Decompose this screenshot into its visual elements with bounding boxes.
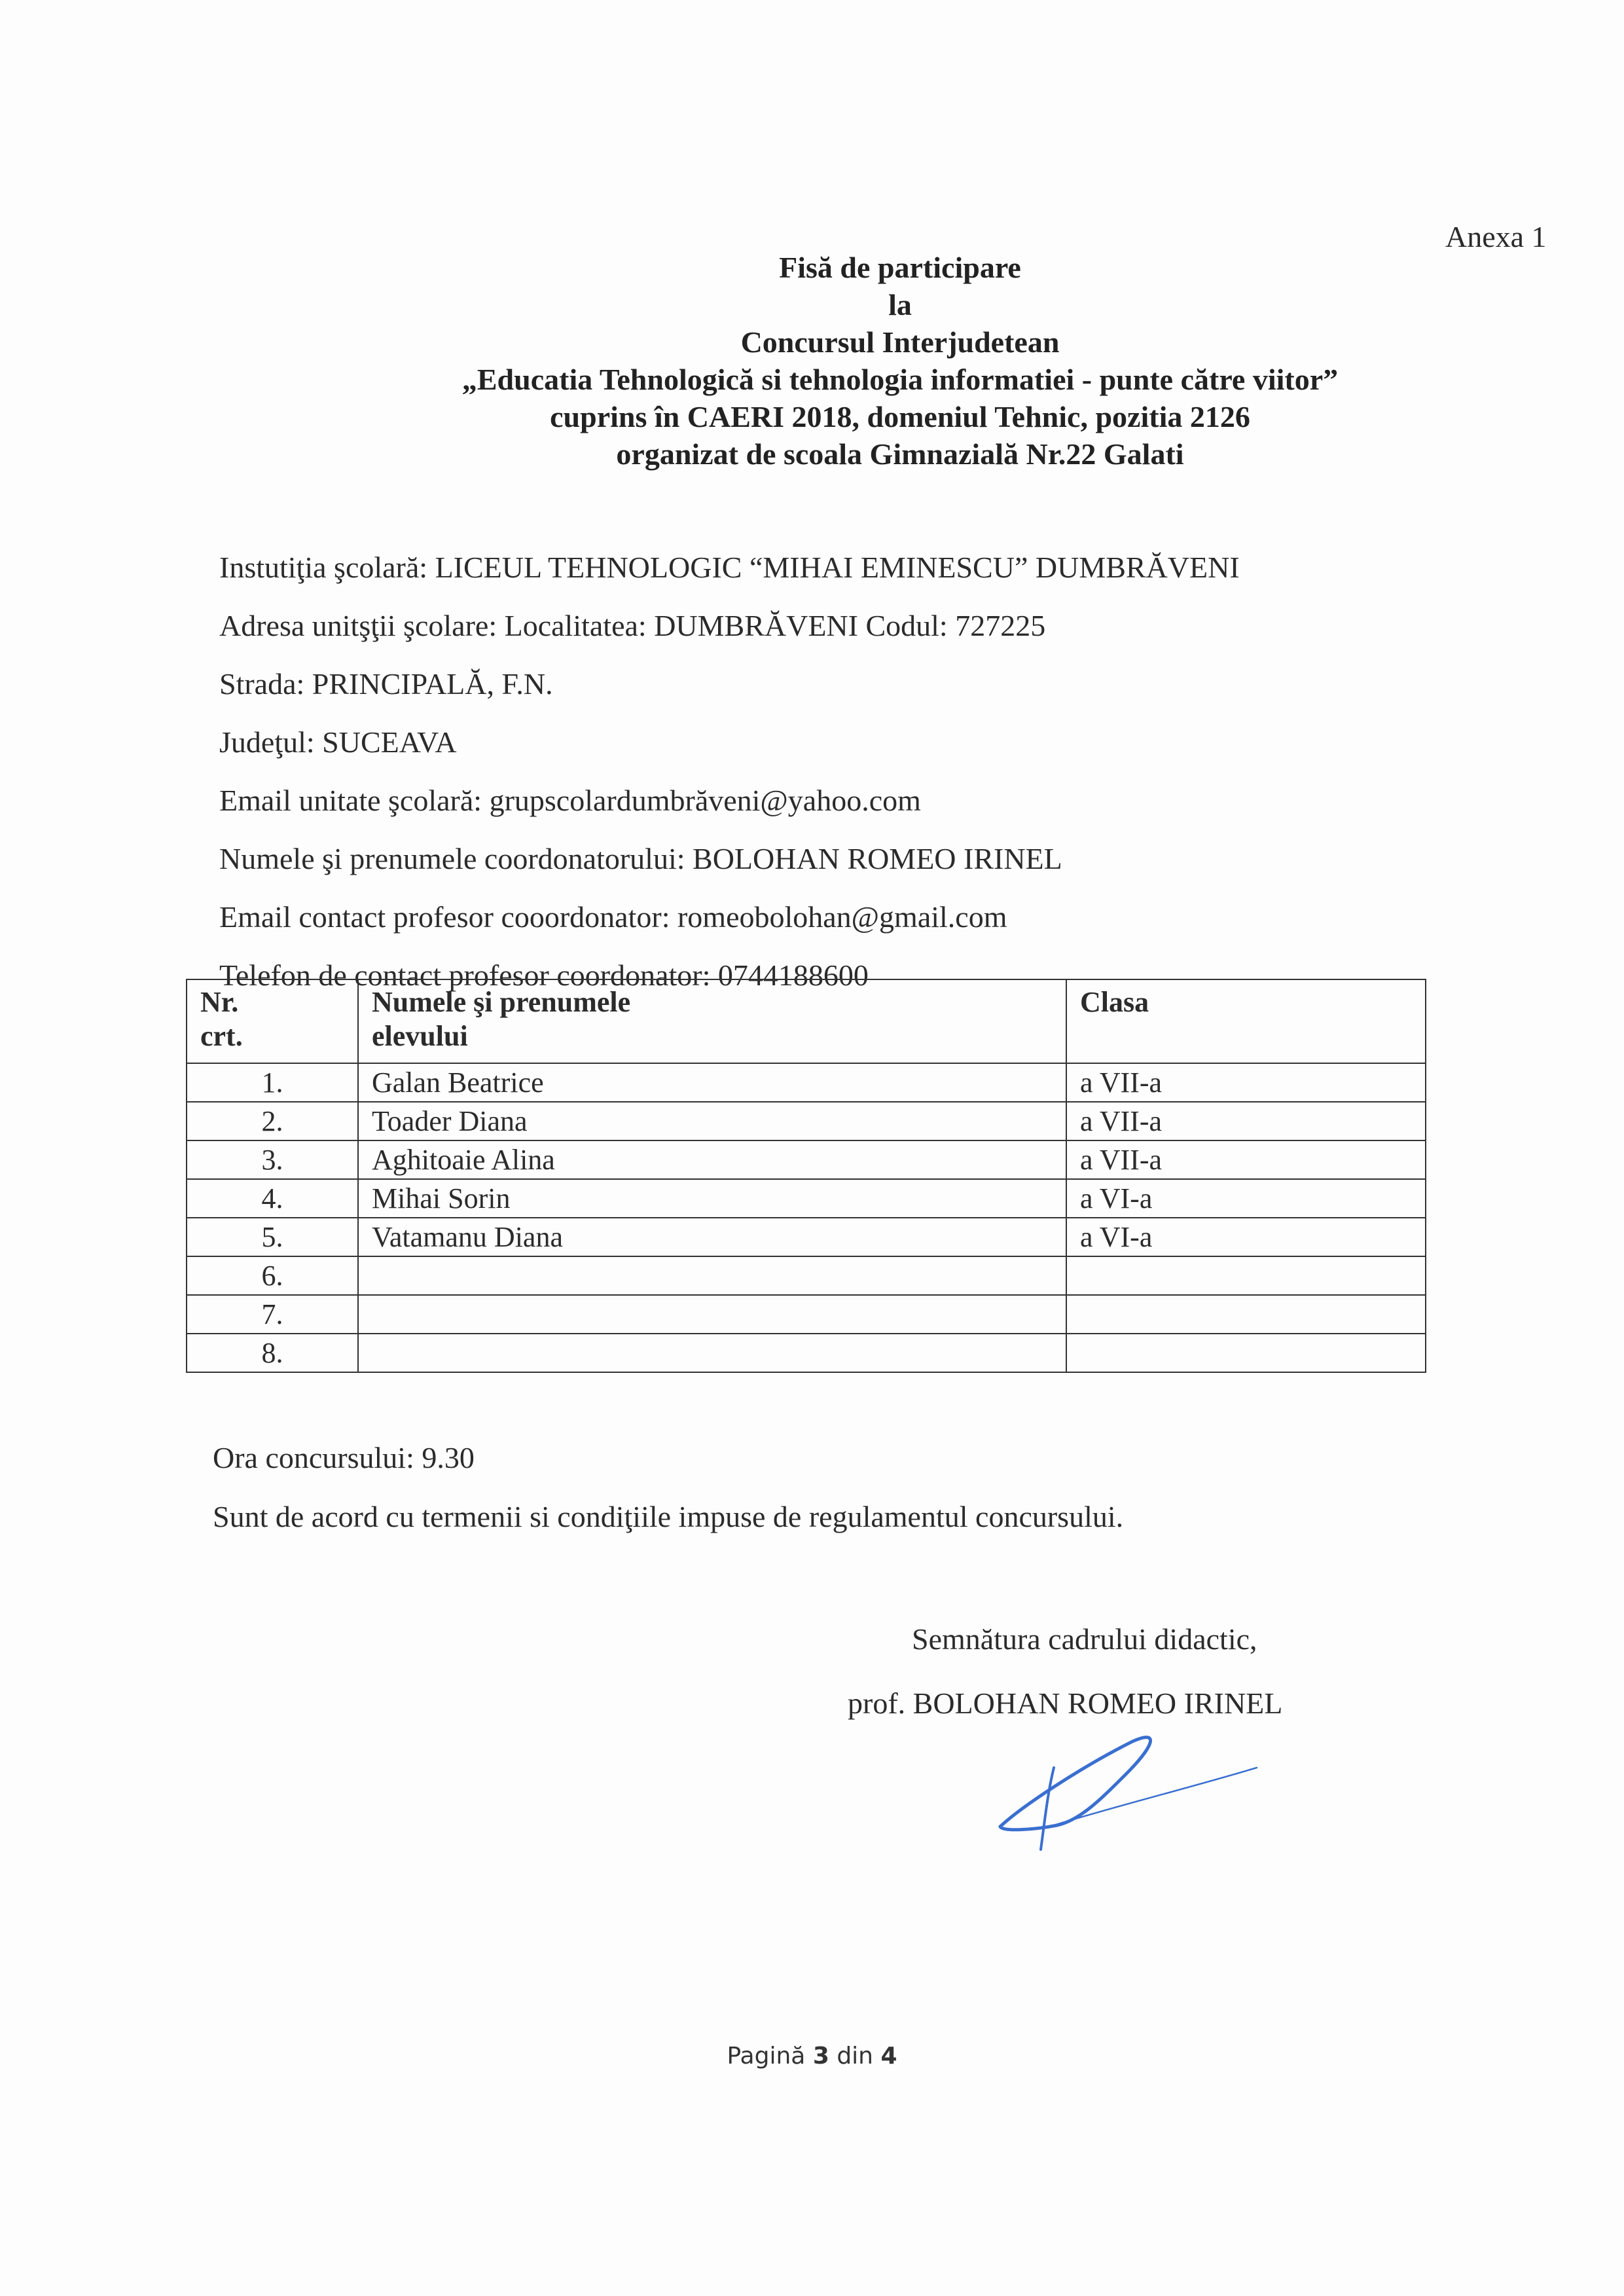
page-word: Pagină — [727, 2043, 805, 2069]
agreement-statement: Sunt de acord cu termenii si condiţiile … — [213, 1499, 1123, 1534]
coordinator-email-field: Email contact profesor cooordonator: rom… — [219, 888, 1240, 946]
student-name — [358, 1295, 1066, 1334]
annex-label: Anexa 1 — [1445, 219, 1547, 254]
student-name — [358, 1256, 1066, 1295]
row-number: 6. — [187, 1256, 358, 1295]
header-name-line2: elevului — [372, 1019, 1053, 1053]
title-line-4: „Educatia Tehnologică si tehnologia info… — [393, 361, 1407, 398]
table-row: 2.Toader Dianaa VII-a — [187, 1102, 1426, 1140]
row-number: 3. — [187, 1140, 358, 1179]
total-pages: 4 — [880, 2043, 897, 2069]
row-number: 8. — [187, 1334, 358, 1372]
header-nr-line1: Nr. — [200, 985, 344, 1019]
title-line-2: la — [393, 286, 1407, 323]
header-clasa: Clasa — [1066, 979, 1426, 1063]
student-class: a VI-a — [1066, 1218, 1426, 1256]
table-row: 3.Aghitoaie Alinaa VII-a — [187, 1140, 1426, 1179]
students-table: Nr. crt. Numele şi prenumele elevului Cl… — [186, 979, 1426, 1373]
header-nr-line2: crt. — [200, 1019, 344, 1053]
table-row: 8. — [187, 1334, 1426, 1372]
table-row: 6. — [187, 1256, 1426, 1295]
title-line-3: Concursul Interjudetean — [393, 323, 1407, 361]
header-nr: Nr. crt. — [187, 979, 358, 1063]
table-row: 5.Vatamanu Dianaa VI-a — [187, 1218, 1426, 1256]
document-title: Fisă de participare la Concursul Interju… — [393, 249, 1407, 473]
contest-time: Ora concursului: 9.30 — [213, 1440, 475, 1475]
of-word: din — [837, 2043, 873, 2069]
student-class: a VII-a — [1066, 1140, 1426, 1179]
student-name — [358, 1334, 1066, 1372]
student-name: Galan Beatrice — [358, 1063, 1066, 1102]
address-field: Adresa unitşţii şcolare: Localitatea: DU… — [219, 596, 1240, 655]
student-name: Aghitoaie Alina — [358, 1140, 1066, 1179]
student-class: a VII-a — [1066, 1063, 1426, 1102]
table-row: 1.Galan Beatricea VII-a — [187, 1063, 1426, 1102]
student-name: Toader Diana — [358, 1102, 1066, 1140]
institution-field: Instutiţia şcolară: LICEUL TEHNOLOGIC “M… — [219, 538, 1240, 596]
signatory-name: prof. BOLOHAN ROMEO IRINEL — [848, 1686, 1282, 1721]
street-field: Strada: PRINCIPALĂ, F.N. — [219, 655, 1240, 713]
title-line-1: Fisă de participare — [393, 249, 1407, 286]
table-row: 7. — [187, 1295, 1426, 1334]
school-info: Instutiţia şcolară: LICEUL TEHNOLOGIC “M… — [219, 538, 1240, 1004]
table-header-row: Nr. crt. Numele şi prenumele elevului Cl… — [187, 979, 1426, 1063]
student-class — [1066, 1334, 1426, 1372]
header-name: Numele şi prenumele elevului — [358, 979, 1066, 1063]
student-class: a VI-a — [1066, 1179, 1426, 1218]
title-line-6: organizat de scoala Gimnazială Nr.22 Gal… — [393, 435, 1407, 473]
student-name: Mihai Sorin — [358, 1179, 1066, 1218]
header-name-line1: Numele şi prenumele — [372, 985, 1053, 1019]
row-number: 2. — [187, 1102, 358, 1140]
row-number: 5. — [187, 1218, 358, 1256]
page-footer: Pagină 3 din 4 — [0, 2043, 1624, 2069]
student-class — [1066, 1256, 1426, 1295]
school-email-field: Email unitate şcolară: grupscolardumbrăv… — [219, 771, 1240, 829]
current-page: 3 — [813, 2043, 829, 2069]
student-name: Vatamanu Diana — [358, 1218, 1066, 1256]
county-field: Judeţul: SUCEAVA — [219, 713, 1240, 771]
coordinator-name-field: Numele şi prenumele coordonatorului: BOL… — [219, 829, 1240, 888]
row-number: 4. — [187, 1179, 358, 1218]
handwritten-signature — [982, 1728, 1276, 1859]
title-line-5: cuprins în CAERI 2018, domeniul Tehnic, … — [393, 398, 1407, 435]
row-number: 1. — [187, 1063, 358, 1102]
student-class: a VII-a — [1066, 1102, 1426, 1140]
student-class — [1066, 1295, 1426, 1334]
table-row: 4.Mihai Sorina VI-a — [187, 1179, 1426, 1218]
signature-label: Semnătura cadrului didactic, — [912, 1622, 1257, 1656]
row-number: 7. — [187, 1295, 358, 1334]
